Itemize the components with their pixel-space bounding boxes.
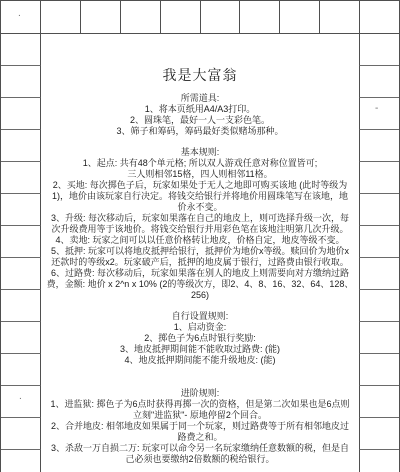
board-cell [1,290,41,322]
board-cell [359,386,399,418]
board: 我是大富翁 所需道具: 1、将本页纸用A4/A3打印。 2、圆珠笔，最好一人一支… [0,0,400,472]
board-right-column [359,34,399,472]
board-cell [359,258,399,290]
board-cell [1,258,41,290]
board-cell [121,1,161,33]
board-cell [41,1,81,33]
board-cell [201,1,241,33]
board-cell [161,1,201,33]
section-advanced-rules-body: 1、进监狱: 掷色子为6点时获得再掷一次的资格，但是第二次如果也是6点则 立刻"… [41,399,359,465]
section-advanced-rules: 进阶规则: 1、进监狱: 掷色子为6点时获得再掷一次的资格，但是第二次如果也是6… [41,388,359,465]
stray-mark: . [18,9,21,19]
section-custom-rules-heading: 自行设置规则: [41,311,359,322]
board-cell [1,34,41,66]
board-cell [360,1,399,33]
board-cell [1,354,41,386]
board-cell [1,418,41,450]
board-cell [359,162,399,194]
section-custom-rules: 自行设置规则: 1、启动资金: 2、掷色子为6点时银行奖励: 3、地皮抵押期间能… [41,311,359,366]
board-cell [1,194,41,226]
board-cell [359,130,399,162]
section-props-heading: 所需道具: [41,93,359,104]
board-cell [320,1,360,33]
board-cell [1,1,41,33]
board-cell [359,450,399,472]
board-left-column [1,34,41,472]
section-basic-rules-heading: 基本规则: [41,147,359,158]
board-cell [1,98,41,130]
board-cell [1,66,41,98]
board-cell [359,194,399,226]
board-cell [359,34,399,66]
board-top-row [1,1,399,34]
board-cell [1,226,41,258]
board-cell [359,98,399,130]
board-cell [359,418,399,450]
board-cell [359,66,399,98]
section-basic-rules: 基本规则: 1、起点: 共有48个单元格; 所以双人游戏任意对称位置皆可; 三人… [41,147,359,301]
stray-mark: . [19,392,22,402]
board-cell [359,226,399,258]
page-title: 我是大富翁 [41,67,359,83]
board-cell [359,322,399,354]
section-advanced-rules-heading: 进阶规则: [41,388,359,399]
section-props-body: 1、将本页纸用A4/A3打印。 2、圆珠笔，最好一人一支彩色笔。 3、筛子和筹码… [41,104,359,137]
rules-panel: 我是大富翁 所需道具: 1、将本页纸用A4/A3打印。 2、圆珠笔，最好一人一支… [41,34,359,472]
stray-mark: - [375,104,378,114]
section-custom-rules-body: 1、启动资金: 2、掷色子为6点时银行奖励: 3、地皮抵押期间能不能收取过路费:… [41,322,359,366]
board-cell [1,450,41,472]
board-cell [359,290,399,322]
board-cell [1,162,41,194]
board-cell [1,130,41,162]
board-cell [359,354,399,386]
board-cell [1,322,41,354]
board-cell [240,1,280,33]
board-cell [81,1,121,33]
section-props: 所需道具: 1、将本页纸用A4/A3打印。 2、圆珠笔，最好一人一支彩色笔。 3… [41,93,359,137]
section-basic-rules-body: 1、起点: 共有48个单元格; 所以双人游戏任意对称位置皆可; 三人则相邻15格… [41,158,359,301]
board-cell [280,1,320,33]
